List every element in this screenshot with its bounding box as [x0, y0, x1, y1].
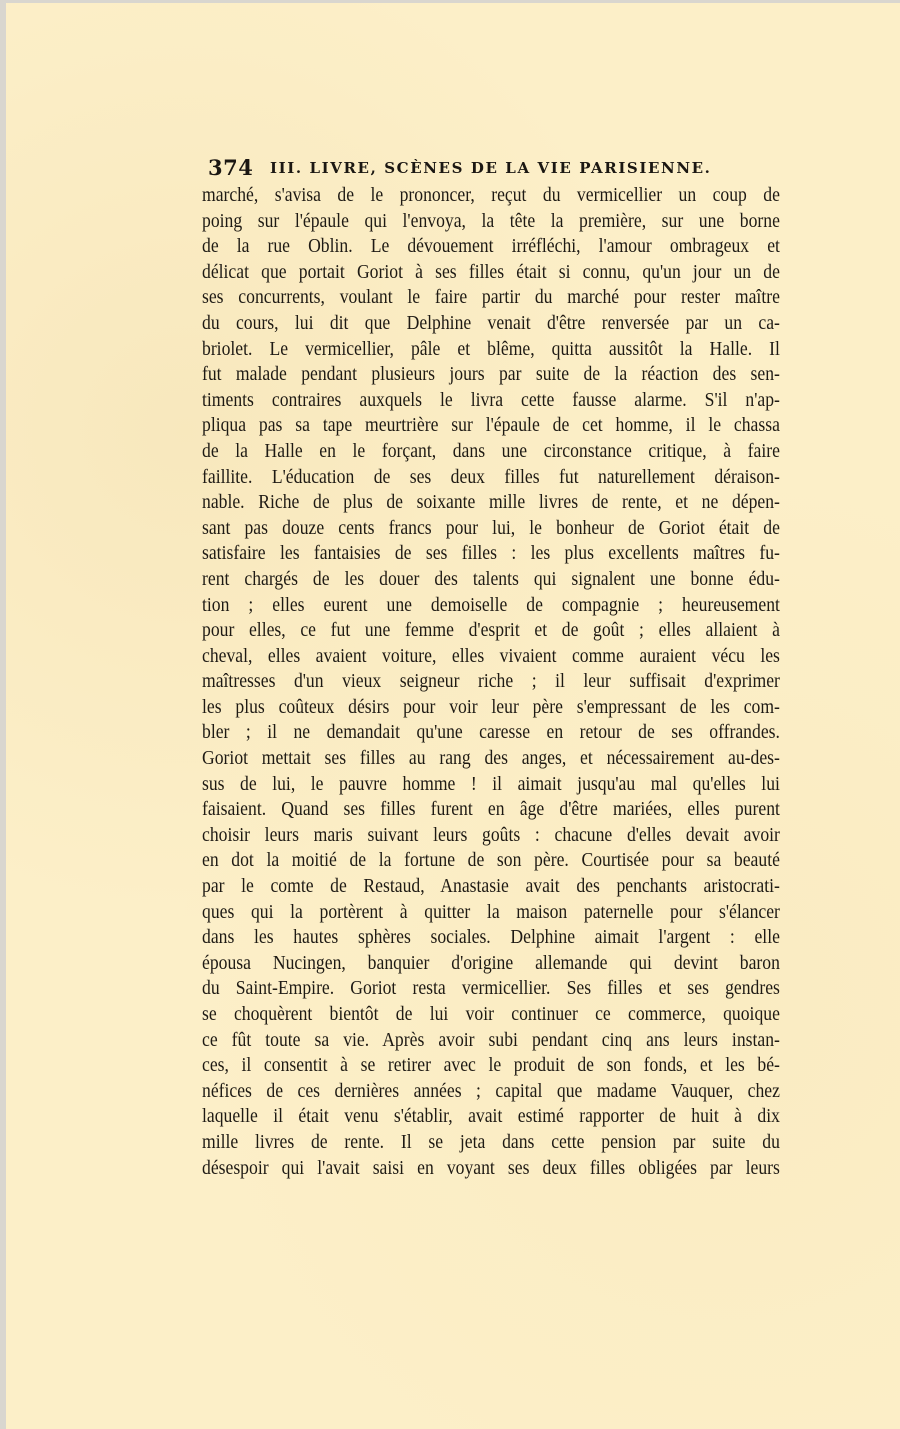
text-line: marché, s'avisa de le prononcer, reçut d… — [202, 183, 780, 209]
text-line: faisaient. Quand ses filles furent en âg… — [202, 797, 780, 823]
text-line: rent chargés de les douer des talents qu… — [202, 567, 780, 593]
text-line: délicat que portait Goriot à ses filles … — [202, 260, 780, 286]
text-line: nable. Riche de plus de soixante mille l… — [202, 490, 780, 516]
text-line: bler ; il ne demandait qu'une caresse en… — [202, 720, 780, 746]
text-line: ces, il consentit à se retirer avec le p… — [202, 1053, 780, 1079]
text-line: satisfaire les fantaisies de ses filles … — [202, 541, 780, 567]
text-line: pour elles, ce fut une femme d'esprit et… — [202, 618, 780, 644]
text-line: sant pas douze cents francs pour lui, le… — [202, 516, 780, 542]
text-line: maîtresses d'un vieux seigneur riche ; i… — [202, 669, 780, 695]
text-line: de la rue Oblin. Le dévouement irréfléch… — [202, 234, 780, 260]
text-line: Goriot mettait ses filles au rang des an… — [202, 746, 780, 772]
text-line: faillite. L'éducation de ses deux filles… — [202, 465, 780, 491]
text-line: laquelle il était venu s'établir, avait … — [202, 1104, 780, 1130]
text-line: par le comte de Restaud, Anastasie avait… — [202, 874, 780, 900]
text-line: dans les hautes sphères sociales. Delphi… — [202, 925, 780, 951]
text-line: tion ; elles eurent une demoiselle de co… — [202, 593, 780, 619]
text-line: de la Halle en le forçant, dans une circ… — [202, 439, 780, 465]
text-line: épousa Nucingen, banquier d'origine alle… — [202, 951, 780, 977]
text-line: désespoir qui l'avait saisi en voyant se… — [202, 1156, 780, 1182]
text-line: se choquèrent bientôt de lui voir contin… — [202, 1002, 780, 1028]
text-line: en dot la moitié de la fortune de son pè… — [202, 848, 780, 874]
text-line: ses concurrents, voulant le faire partir… — [202, 285, 780, 311]
text-line: du cours, lui dit que Delphine venait d'… — [202, 311, 780, 337]
text-line: ce fût toute sa vie. Après avoir subi pe… — [202, 1028, 780, 1054]
text-line: poing sur l'épaule qui l'envoya, la tête… — [202, 209, 780, 235]
page-header: 374 III. LIVRE, SCÈNES DE LA VIE PARISIE… — [208, 155, 798, 181]
text-line: néfices de ces dernières années ; capita… — [202, 1079, 780, 1105]
text-line: fut malade pendant plusieurs jours par s… — [202, 362, 780, 388]
body-text: marché, s'avisa de le prononcer, reçut d… — [202, 183, 780, 1181]
page-number: 374 — [208, 155, 253, 180]
text-line: mille livres de rente. Il se jeta dans c… — [202, 1130, 780, 1156]
text-line: cheval, elles avaient voiture, elles viv… — [202, 644, 780, 670]
text-line: choisir leurs maris suivant leurs goûts … — [202, 823, 780, 849]
text-line: ques qui la portèrent à quitter la maiso… — [202, 900, 780, 926]
text-line: timents contraires auxquels le livra cet… — [202, 388, 780, 414]
text-line: briolet. Le vermicellier, pâle et blême,… — [202, 337, 780, 363]
text-line: sus de lui, le pauvre homme ! il aimait … — [202, 772, 780, 798]
text-line: pliqua pas sa tape meurtrière sur l'épau… — [202, 413, 780, 439]
text-line: du Saint-Empire. Goriot resta vermicelli… — [202, 976, 780, 1002]
text-line: les plus coûteux désirs pour voir leur p… — [202, 695, 780, 721]
running-head: III. LIVRE, SCÈNES DE LA VIE PARISIENNE. — [270, 159, 712, 177]
